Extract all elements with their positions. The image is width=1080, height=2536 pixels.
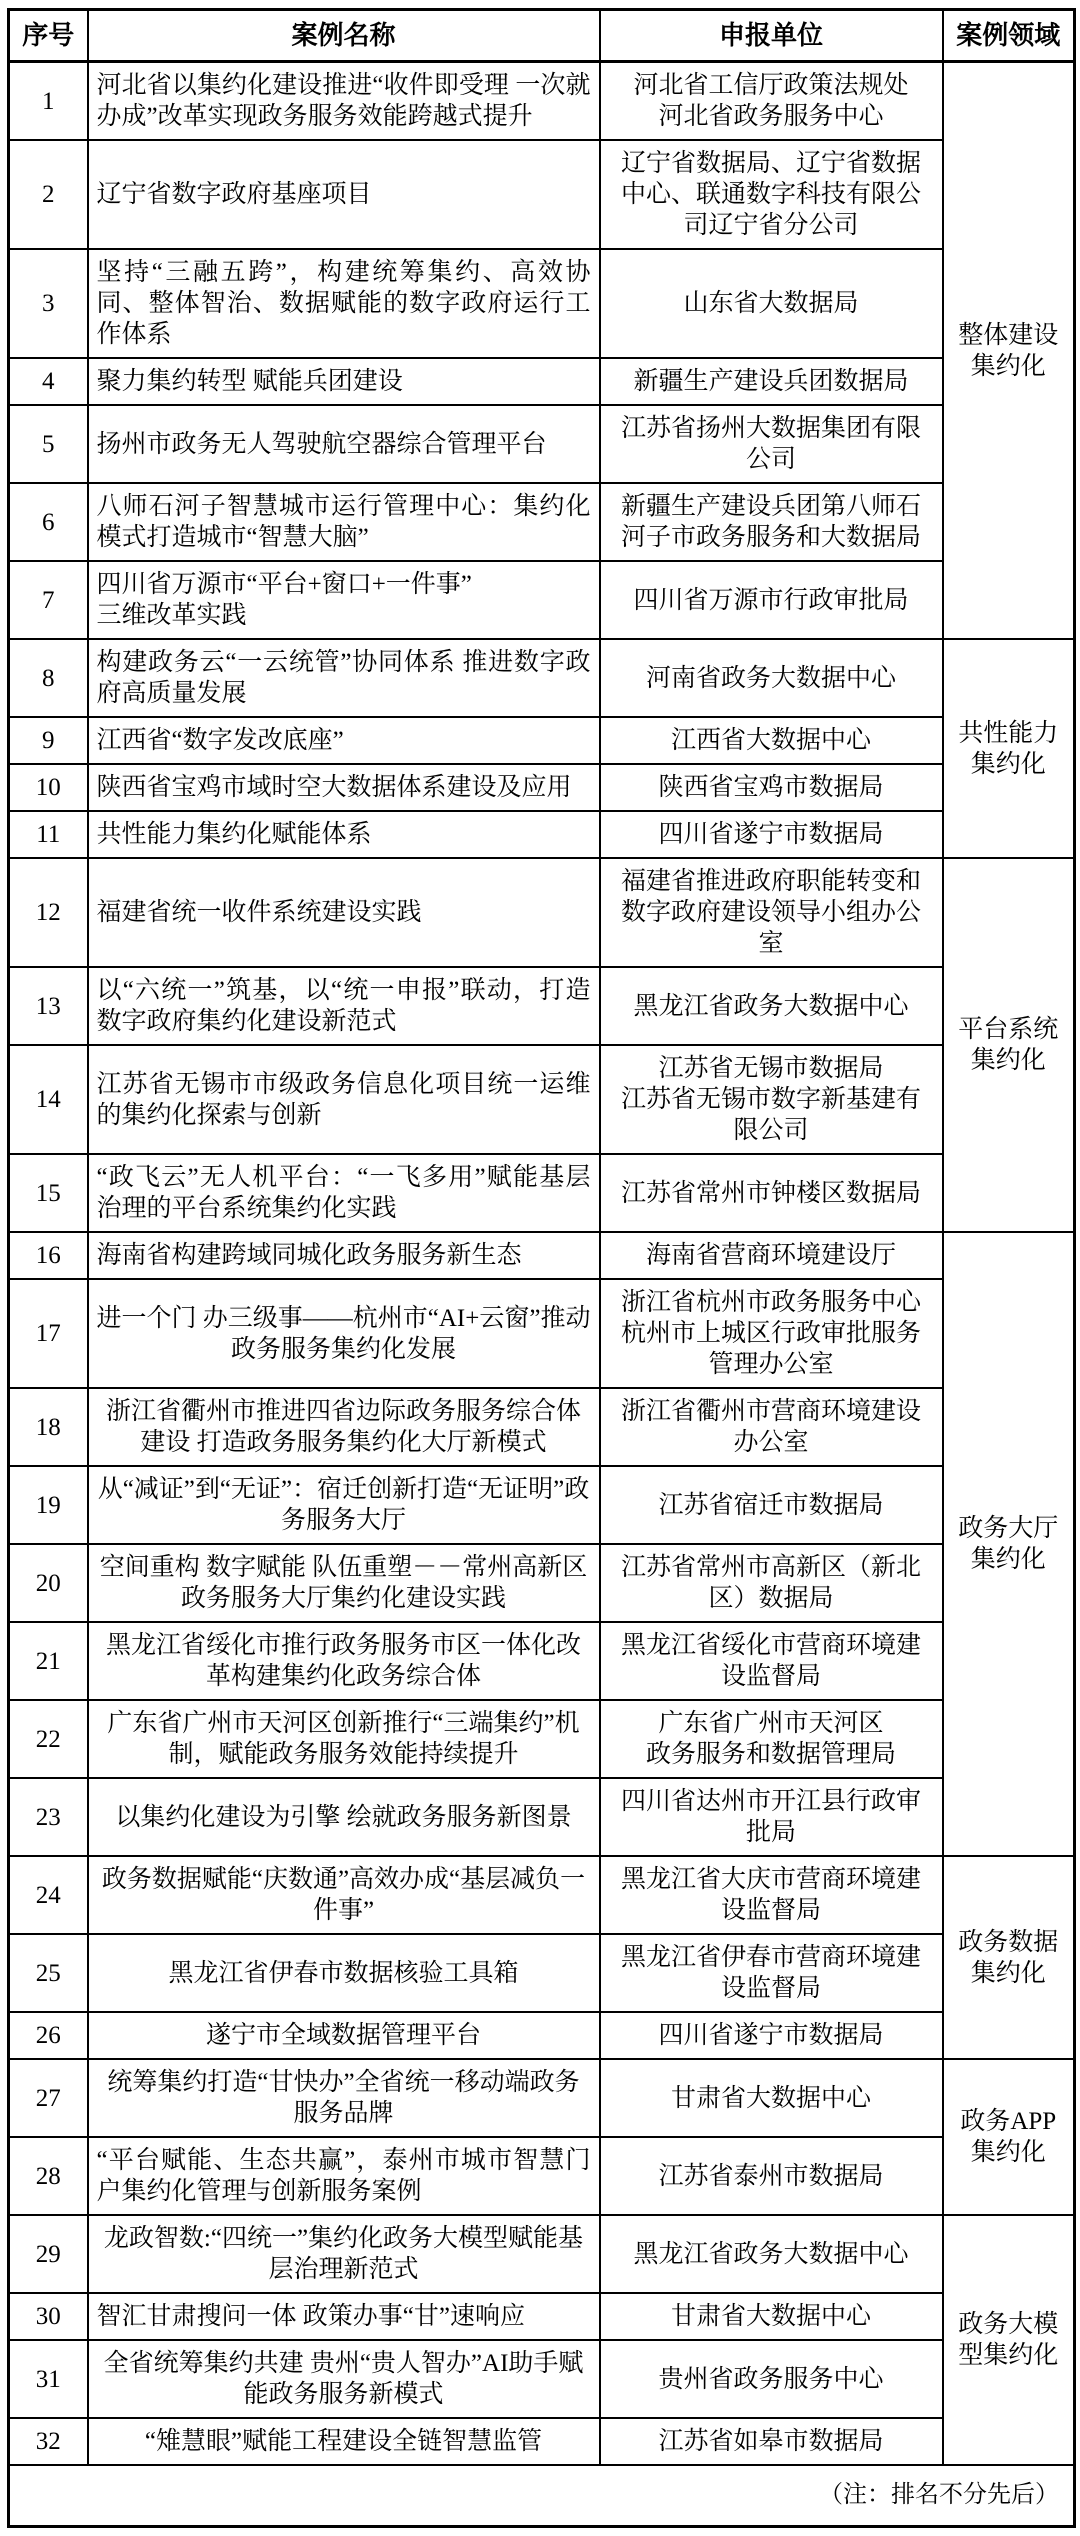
case-name-cell: 福建省统一收件系统建设实践 (88, 858, 600, 967)
case-name-cell: 智汇甘肃搜问一体 政策办事“甘”速响应 (88, 2293, 600, 2340)
case-name-cell: 以集约化建设为引擎 绘就政务服务新图景 (88, 1778, 600, 1856)
row-index-cell: 9 (9, 717, 88, 764)
unit-cell: 江西省大数据中心 (600, 717, 943, 764)
row-index-cell: 8 (9, 639, 88, 717)
row-index-cell: 26 (9, 2012, 88, 2059)
unit-cell: 四川省遂宁市数据局 (600, 2012, 943, 2059)
unit-cell: 陕西省宝鸡市数据局 (600, 764, 943, 811)
case-list-table: 序号 案例名称 申报单位 案例领域 1河北省以集约化建设推进“收件即受理 一次就… (7, 8, 1076, 2528)
unit-cell: 辽宁省数据局、辽宁省数据中心、联通数字科技有限公司辽宁省分公司 (600, 140, 943, 249)
unit-cell: 江苏省无锡市数据局 江苏省无锡市数字新基建有限公司 (600, 1045, 943, 1154)
table-row: 25黑龙江省伊春市数据核验工具箱黑龙江省伊春市营商环境建设监督局 (9, 1934, 1075, 2012)
case-name-cell: 龙政智数:“四统一”集约化政务大模型赋能基层治理新范式 (88, 2215, 600, 2293)
unit-cell: 甘肃省大数据中心 (600, 2293, 943, 2340)
table-row: 24政务数据赋能“庆数通”高效办成“基层减负一件事”黑龙江省大庆市营商环境建设监… (9, 1856, 1075, 1934)
table-row: 30智汇甘肃搜问一体 政策办事“甘”速响应甘肃省大数据中心 (9, 2293, 1075, 2340)
table-row: 20空间重构 数字赋能 队伍重塑－－常州高新区政务服务大厅集约化建设实践江苏省常… (9, 1544, 1075, 1622)
unit-cell: 甘肃省大数据中心 (600, 2059, 943, 2137)
table-row: 6八师石河子智慧城市运行管理中心：集约化模式打造城市“智慧大脑”新疆生产建设兵团… (9, 483, 1075, 561)
table-row: 2辽宁省数字政府基座项目辽宁省数据局、辽宁省数据中心、联通数字科技有限公司辽宁省… (9, 140, 1075, 249)
unit-cell: 新疆生产建设兵团数据局 (600, 358, 943, 405)
table-row: 22广东省广州市天河区创新推行“三端集约”机制，赋能政务服务效能持续提升广东省广… (9, 1700, 1075, 1778)
row-index-cell: 3 (9, 249, 88, 358)
table-row: 13以“六统一”筑基，以“统一申报”联动，打造数字政府集约化建设新范式黑龙江省政… (9, 967, 1075, 1045)
note-row: （注：排名不分先后） (9, 2465, 1075, 2527)
case-name-cell: 浙江省衢州市推进四省边际政务服务综合体建设 打造政务服务集约化大厅新模式 (88, 1388, 600, 1466)
unit-cell: 河南省政务大数据中心 (600, 639, 943, 717)
unit-cell: 江苏省常州市高新区（新北区）数据局 (600, 1544, 943, 1622)
unit-cell: 山东省大数据局 (600, 249, 943, 358)
unit-cell: 河北省工信厅政策法规处 河北省政务服务中心 (600, 62, 943, 141)
table-footer: （注：排名不分先后） (9, 2465, 1075, 2527)
col-header-index: 序号 (9, 10, 88, 62)
case-name-cell: 全省统筹集约共建 贵州“贵人智办”AI助手赋能政务服务新模式 (88, 2340, 600, 2418)
case-name-cell: 共性能力集约化赋能体系 (88, 811, 600, 858)
row-index-cell: 7 (9, 561, 88, 639)
unit-cell: 黑龙江省大庆市营商环境建设监督局 (600, 1856, 943, 1934)
table-row: 9江西省“数字发改底座”江西省大数据中心 (9, 717, 1075, 764)
case-name-cell: 河北省以集约化建设推进“收件即受理 一次就办成”改革实现政务服务效能跨越式提升 (88, 62, 600, 141)
table-row: 31全省统筹集约共建 贵州“贵人智办”AI助手赋能政务服务新模式贵州省政务服务中… (9, 2340, 1075, 2418)
table-row: 7四川省万源市“平台+窗口+一件事” 三维改革实践四川省万源市行政审批局 (9, 561, 1075, 639)
case-name-cell: 构建政务云“一云统管”协同体系 推进数字政府高质量发展 (88, 639, 600, 717)
case-name-cell: 广东省广州市天河区创新推行“三端集约”机制，赋能政务服务效能持续提升 (88, 1700, 600, 1778)
case-name-cell: 政务数据赋能“庆数通”高效办成“基层减负一件事” (88, 1856, 600, 1934)
unit-cell: 四川省万源市行政审批局 (600, 561, 943, 639)
row-index-cell: 31 (9, 2340, 88, 2418)
row-index-cell: 13 (9, 967, 88, 1045)
row-index-cell: 16 (9, 1232, 88, 1279)
table-row: 29龙政智数:“四统一”集约化政务大模型赋能基层治理新范式黑龙江省政务大数据中心… (9, 2215, 1075, 2293)
unit-cell: 黑龙江省政务大数据中心 (600, 2215, 943, 2293)
table-row: 23以集约化建设为引擎 绘就政务服务新图景四川省达州市开江县行政审批局 (9, 1778, 1075, 1856)
table-row: 3坚持“三融五跨”，构建统筹集约、高效协同、整体智治、数据赋能的数字政府运行工作… (9, 249, 1075, 358)
case-name-cell: “政飞云”无人机平台：“一飞多用”赋能基层治理的平台系统集约化实践 (88, 1154, 600, 1232)
row-index-cell: 30 (9, 2293, 88, 2340)
table-row: 27统筹集约打造“甘快办”全省统一移动端政务服务品牌甘肃省大数据中心政务APP … (9, 2059, 1075, 2137)
table-row: 5扬州市政务无人驾驶航空器综合管理平台江苏省扬州大数据集团有限公司 (9, 405, 1075, 483)
row-index-cell: 6 (9, 483, 88, 561)
table-row: 18浙江省衢州市推进四省边际政务服务综合体建设 打造政务服务集约化大厅新模式浙江… (9, 1388, 1075, 1466)
unit-cell: 黑龙江省绥化市营商环境建设监督局 (600, 1622, 943, 1700)
table-row: 28“平台赋能、生态共赢”，泰州市城市智慧门户集约化管理与创新服务案例江苏省泰州… (9, 2137, 1075, 2215)
unit-cell: 江苏省泰州市数据局 (600, 2137, 943, 2215)
category-cell: 政务大厅 集约化 (943, 1232, 1075, 1856)
table-row: 17进一个门 办三级事——杭州市“AI+云窗”推动政务服务集约化发展浙江省杭州市… (9, 1279, 1075, 1388)
unit-cell: 四川省达州市开江县行政审批局 (600, 1778, 943, 1856)
row-index-cell: 22 (9, 1700, 88, 1778)
unit-cell: 贵州省政务服务中心 (600, 2340, 943, 2418)
table-row: 32“雉慧眼”赋能工程建设全链智慧监管江苏省如皋市数据局 (9, 2418, 1075, 2465)
row-index-cell: 23 (9, 1778, 88, 1856)
unit-cell: 黑龙江省伊春市营商环境建设监督局 (600, 1934, 943, 2012)
unit-cell: 江苏省宿迁市数据局 (600, 1466, 943, 1544)
case-name-cell: 统筹集约打造“甘快办”全省统一移动端政务服务品牌 (88, 2059, 600, 2137)
table-row: 1河北省以集约化建设推进“收件即受理 一次就办成”改革实现政务服务效能跨越式提升… (9, 62, 1075, 141)
case-name-cell: 空间重构 数字赋能 队伍重塑－－常州高新区政务服务大厅集约化建设实践 (88, 1544, 600, 1622)
row-index-cell: 29 (9, 2215, 88, 2293)
table-row: 12福建省统一收件系统建设实践福建省推进政府职能转变和数字政府建设领导小组办公室… (9, 858, 1075, 967)
table-row: 26遂宁市全域数据管理平台四川省遂宁市数据局 (9, 2012, 1075, 2059)
row-index-cell: 27 (9, 2059, 88, 2137)
case-name-cell: 陕西省宝鸡市域时空大数据体系建设及应用 (88, 764, 600, 811)
row-index-cell: 11 (9, 811, 88, 858)
row-index-cell: 4 (9, 358, 88, 405)
row-index-cell: 15 (9, 1154, 88, 1232)
table-row: 4聚力集约转型 赋能兵团建设新疆生产建设兵团数据局 (9, 358, 1075, 405)
row-index-cell: 12 (9, 858, 88, 967)
note-cell: （注：排名不分先后） (9, 2465, 1075, 2527)
case-name-cell: 海南省构建跨域同城化政务服务新生态 (88, 1232, 600, 1279)
table-row: 19从“减证”到“无证”：宿迁创新打造“无证明”政务服务大厅江苏省宿迁市数据局 (9, 1466, 1075, 1544)
document-page: 序号 案例名称 申报单位 案例领域 1河北省以集约化建设推进“收件即受理 一次就… (0, 0, 1080, 2536)
unit-cell: 四川省遂宁市数据局 (600, 811, 943, 858)
unit-cell: 浙江省衢州市营商环境建设办公室 (600, 1388, 943, 1466)
unit-cell: 江苏省如皋市数据局 (600, 2418, 943, 2465)
row-index-cell: 1 (9, 62, 88, 141)
row-index-cell: 2 (9, 140, 88, 249)
table-row: 11共性能力集约化赋能体系四川省遂宁市数据局 (9, 811, 1075, 858)
unit-cell: 黑龙江省政务大数据中心 (600, 967, 943, 1045)
case-name-cell: “平台赋能、生态共赢”，泰州市城市智慧门户集约化管理与创新服务案例 (88, 2137, 600, 2215)
case-name-cell: 江西省“数字发改底座” (88, 717, 600, 764)
table-body: 1河北省以集约化建设推进“收件即受理 一次就办成”改革实现政务服务效能跨越式提升… (9, 62, 1075, 2466)
unit-cell: 江苏省扬州大数据集团有限公司 (600, 405, 943, 483)
case-name-cell: 四川省万源市“平台+窗口+一件事” 三维改革实践 (88, 561, 600, 639)
col-header-category: 案例领域 (943, 10, 1075, 62)
row-index-cell: 20 (9, 1544, 88, 1622)
case-name-cell: 进一个门 办三级事——杭州市“AI+云窗”推动政务服务集约化发展 (88, 1279, 600, 1388)
case-name-cell: 黑龙江省绥化市推行政务服务市区一体化改革构建集约化政务综合体 (88, 1622, 600, 1700)
row-index-cell: 24 (9, 1856, 88, 1934)
table-header: 序号 案例名称 申报单位 案例领域 (9, 10, 1075, 62)
row-index-cell: 17 (9, 1279, 88, 1388)
unit-cell: 新疆生产建设兵团第八师石河子市政务服务和大数据局 (600, 483, 943, 561)
row-index-cell: 25 (9, 1934, 88, 2012)
category-cell: 平台系统 集约化 (943, 858, 1075, 1232)
row-index-cell: 32 (9, 2418, 88, 2465)
case-name-cell: 黑龙江省伊春市数据核验工具箱 (88, 1934, 600, 2012)
unit-cell: 海南省营商环境建设厅 (600, 1232, 943, 1279)
unit-cell: 福建省推进政府职能转变和数字政府建设领导小组办公室 (600, 858, 943, 967)
case-name-cell: 八师石河子智慧城市运行管理中心：集约化模式打造城市“智慧大脑” (88, 483, 600, 561)
row-index-cell: 18 (9, 1388, 88, 1466)
col-header-case-name: 案例名称 (88, 10, 600, 62)
table-row: 14江苏省无锡市市级政务信息化项目统一运维的集约化探索与创新江苏省无锡市数据局 … (9, 1045, 1075, 1154)
case-name-cell: 以“六统一”筑基，以“统一申报”联动，打造数字政府集约化建设新范式 (88, 967, 600, 1045)
case-name-cell: 江苏省无锡市市级政务信息化项目统一运维的集约化探索与创新 (88, 1045, 600, 1154)
category-cell: 政务大模 型集约化 (943, 2215, 1075, 2465)
case-name-cell: 坚持“三融五跨”，构建统筹集约、高效协同、整体智治、数据赋能的数字政府运行工作体… (88, 249, 600, 358)
col-header-unit: 申报单位 (600, 10, 943, 62)
row-index-cell: 21 (9, 1622, 88, 1700)
table-row: 10陕西省宝鸡市域时空大数据体系建设及应用陕西省宝鸡市数据局 (9, 764, 1075, 811)
case-name-cell: 遂宁市全域数据管理平台 (88, 2012, 600, 2059)
row-index-cell: 10 (9, 764, 88, 811)
table-row: 15“政飞云”无人机平台：“一飞多用”赋能基层治理的平台系统集约化实践江苏省常州… (9, 1154, 1075, 1232)
case-name-cell: “雉慧眼”赋能工程建设全链智慧监管 (88, 2418, 600, 2465)
table-row: 16海南省构建跨域同城化政务服务新生态海南省营商环境建设厅政务大厅 集约化 (9, 1232, 1075, 1279)
row-index-cell: 5 (9, 405, 88, 483)
case-name-cell: 聚力集约转型 赋能兵团建设 (88, 358, 600, 405)
case-name-cell: 从“减证”到“无证”：宿迁创新打造“无证明”政务服务大厅 (88, 1466, 600, 1544)
category-cell: 整体建设 集约化 (943, 62, 1075, 640)
unit-cell: 江苏省常州市钟楼区数据局 (600, 1154, 943, 1232)
unit-cell: 浙江省杭州市政务服务中心 杭州市上城区行政审批服务管理办公室 (600, 1279, 943, 1388)
header-row: 序号 案例名称 申报单位 案例领域 (9, 10, 1075, 62)
case-name-cell: 辽宁省数字政府基座项目 (88, 140, 600, 249)
case-name-cell: 扬州市政务无人驾驶航空器综合管理平台 (88, 405, 600, 483)
category-cell: 政务APP 集约化 (943, 2059, 1075, 2215)
table-row: 21黑龙江省绥化市推行政务服务市区一体化改革构建集约化政务综合体黑龙江省绥化市营… (9, 1622, 1075, 1700)
row-index-cell: 14 (9, 1045, 88, 1154)
row-index-cell: 19 (9, 1466, 88, 1544)
category-cell: 共性能力 集约化 (943, 639, 1075, 858)
table-row: 8构建政务云“一云统管”协同体系 推进数字政府高质量发展河南省政务大数据中心共性… (9, 639, 1075, 717)
row-index-cell: 28 (9, 2137, 88, 2215)
category-cell: 政务数据 集约化 (943, 1856, 1075, 2059)
unit-cell: 广东省广州市天河区 政务服务和数据管理局 (600, 1700, 943, 1778)
